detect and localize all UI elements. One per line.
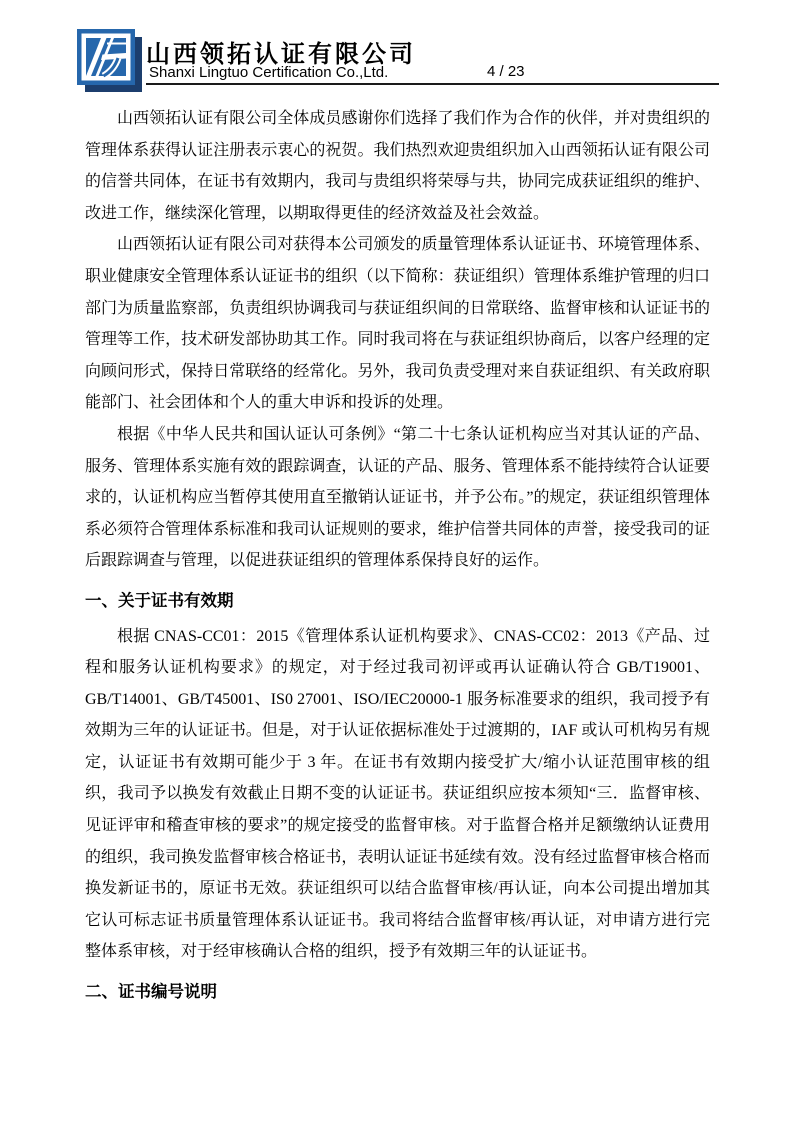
section-1-paragraph: 根据 CNAS-CC01：2015《管理体系认证机构要求》、CNAS-CC02：… — [85, 621, 710, 969]
page-number: 4 / 23 — [487, 63, 525, 80]
intro-paragraph-3: 根据《中华人民共和国认证认可条例》“第二十七条认证机构应当对其认证的产品、服务、… — [85, 419, 710, 577]
document-page: 山西领拓认证有限公司 Shanxi Lingtuo Certification … — [0, 0, 794, 1123]
company-name-en: Shanxi Lingtuo Certification Co.,Ltd. — [149, 64, 388, 81]
header-divider — [146, 83, 719, 85]
intro-paragraph-1: 山西领拓认证有限公司全体成员感谢你们选择了我们作为合作的伙伴，并对贵组织的管理体… — [85, 103, 710, 229]
section-2-heading: 二、证书编号说明 — [85, 977, 710, 1009]
document-content: 山西领拓认证有限公司全体成员感谢你们选择了我们作为合作的伙伴，并对贵组织的管理体… — [85, 103, 710, 1009]
intro-paragraph-2: 山西领拓认证有限公司对获得本公司颁发的质量管理体系认证证书、环境管理体系、职业健… — [85, 229, 710, 419]
section-1-heading: 一、关于证书有效期 — [85, 586, 710, 618]
company-logo-icon — [77, 29, 143, 93]
